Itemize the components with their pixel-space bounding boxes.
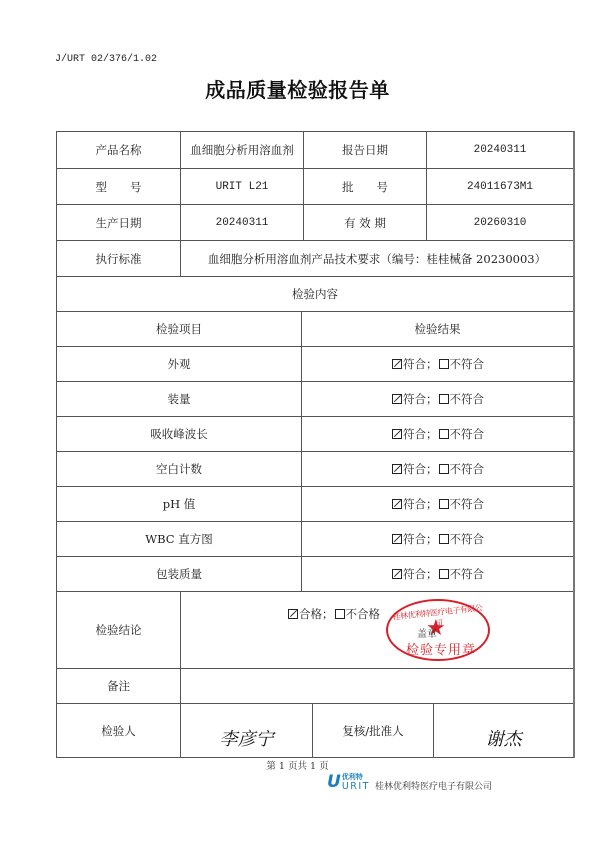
fail-label: 不符合 — [450, 566, 485, 582]
fail-label: 不符合 — [450, 426, 485, 442]
inspector-label: 检验人 — [57, 704, 180, 757]
product-name-value: 血细胞分析用溶血剂 — [180, 132, 303, 168]
pass-checkbox[interactable] — [392, 569, 402, 579]
item-name: 装量 — [57, 382, 301, 416]
fail-checkbox[interactable] — [439, 569, 449, 579]
qualified-label: 合格； — [299, 607, 334, 621]
report-date-value: 20240311 — [426, 132, 573, 168]
company-logo: U 优利特 URIT 桂林优利特医疗电子有限公司 — [327, 771, 492, 792]
pass-label: 符合； — [403, 566, 438, 582]
expiry-value: 20260310 — [426, 205, 573, 240]
item-result: 符合；不符合 — [301, 347, 573, 381]
item-name: 吸收峰波长 — [57, 417, 301, 451]
table-row: 吸收峰波长 符合；不符合 — [57, 416, 573, 451]
item-name: 包装质量 — [57, 557, 301, 591]
conclusion-value: 合格；不合格 桂林优利特医疗电子有限公司 ★ 盖章 检验专用章 — [180, 592, 573, 668]
inspection-section-title: 检验内容 — [57, 277, 573, 311]
row-remarks: 备注 — [57, 668, 573, 703]
expiry-label: 有 效 期 — [303, 205, 426, 240]
company-name: 桂林优利特医疗电子有限公司 — [375, 779, 492, 792]
model-value: URIT L21 — [180, 169, 303, 204]
pass-label: 符合； — [403, 496, 438, 512]
model-label: 型 号 — [57, 169, 180, 204]
fail-label: 不符合 — [450, 496, 485, 512]
row-production-date: 生产日期 20240311 有 效 期 20260310 — [57, 204, 573, 240]
pass-label: 符合； — [403, 426, 438, 442]
unqualified-checkbox[interactable] — [335, 609, 345, 619]
page-number: 第 1 页共 1 页 — [0, 758, 595, 772]
item-result: 符合；不符合 — [301, 487, 573, 521]
production-date-label: 生产日期 — [57, 205, 180, 240]
item-name: 外观 — [57, 347, 301, 381]
fail-checkbox[interactable] — [439, 359, 449, 369]
unqualified-label: 不合格 — [346, 607, 381, 621]
qualified-checkbox[interactable] — [288, 609, 298, 619]
conclusion-label: 检验结论 — [57, 592, 180, 668]
pass-label: 符合； — [403, 531, 438, 547]
pass-checkbox[interactable] — [392, 359, 402, 369]
item-result: 符合；不符合 — [301, 557, 573, 591]
item-name: WBC 直方图 — [57, 522, 301, 556]
reviewer-signature: 谢杰 — [433, 704, 573, 757]
inspection-stamp: 桂林优利特医疗电子有限公司 ★ 盖章 检验专用章 — [386, 599, 490, 661]
row-section-title: 检验内容 — [57, 276, 573, 311]
report-date-label: 报告日期 — [303, 132, 426, 168]
logo-english: URIT — [342, 782, 370, 791]
fail-label: 不符合 — [450, 356, 485, 372]
report-table: 产品名称 血细胞分析用溶血剂 报告日期 20240311 型 号 URIT L2… — [56, 131, 575, 758]
column-header-item: 检验项目 — [57, 312, 301, 346]
row-model: 型 号 URIT L21 批 号 24011673M1 — [57, 168, 573, 204]
batch-label: 批 号 — [303, 169, 426, 204]
table-row: 装量 符合；不符合 — [57, 381, 573, 416]
item-result: 符合；不符合 — [301, 522, 573, 556]
pass-label: 符合； — [403, 391, 438, 407]
table-row: 包装质量 符合；不符合 — [57, 556, 573, 591]
product-name-label: 产品名称 — [57, 132, 180, 168]
logo-text: 优利特 URIT — [342, 773, 370, 791]
fail-checkbox[interactable] — [439, 394, 449, 404]
pass-label: 符合； — [403, 461, 438, 477]
pass-checkbox[interactable] — [392, 394, 402, 404]
fail-label: 不符合 — [450, 461, 485, 477]
pass-checkbox[interactable] — [392, 464, 402, 474]
fail-checkbox[interactable] — [439, 464, 449, 474]
row-product-name: 产品名称 血细胞分析用溶血剂 报告日期 20240311 — [57, 132, 573, 168]
column-header-result: 检验结果 — [301, 312, 573, 346]
item-result: 符合；不符合 — [301, 417, 573, 451]
pass-checkbox[interactable] — [392, 534, 402, 544]
row-standard: 执行标准 血细胞分析用溶血剂产品技术要求（编号：桂桂械备 20230003） — [57, 240, 573, 276]
conclusion-options: 合格；不合格 — [287, 606, 380, 622]
fail-checkbox[interactable] — [439, 429, 449, 439]
production-date-value: 20240311 — [180, 205, 303, 240]
table-row: pH 值 符合；不符合 — [57, 486, 573, 521]
item-name: pH 值 — [57, 487, 301, 521]
item-result: 符合；不符合 — [301, 452, 573, 486]
pass-checkbox[interactable] — [392, 429, 402, 439]
item-name: 空白计数 — [57, 452, 301, 486]
page-title: 成品质量检验报告单 — [0, 74, 595, 103]
fail-checkbox[interactable] — [439, 499, 449, 509]
remarks-label: 备注 — [57, 669, 180, 703]
fail-checkbox[interactable] — [439, 534, 449, 544]
fail-label: 不符合 — [450, 391, 485, 407]
item-result: 符合；不符合 — [301, 382, 573, 416]
table-row: WBC 直方图 符合；不符合 — [57, 521, 573, 556]
row-column-headers: 检验项目 检验结果 — [57, 311, 573, 346]
document-number: J/URT 02/376/1.02 — [55, 54, 157, 65]
standard-label: 执行标准 — [57, 241, 180, 276]
fail-label: 不符合 — [450, 531, 485, 547]
pass-label: 符合； — [403, 356, 438, 372]
pass-checkbox[interactable] — [392, 499, 402, 509]
batch-value: 24011673M1 — [426, 169, 573, 204]
inspector-signature: 李彦宁 — [180, 704, 312, 757]
urit-logo-icon: U — [327, 772, 341, 792]
stamp-overlay-text: 盖章 — [417, 625, 437, 640]
standard-value: 血细胞分析用溶血剂产品技术要求（编号：桂桂械备 20230003） — [180, 241, 573, 276]
reviewer-label: 复核/批准人 — [312, 704, 433, 757]
stamp-center-text: 检验专用章 — [406, 639, 476, 658]
table-row: 空白计数 符合；不符合 — [57, 451, 573, 486]
table-row: 外观 符合；不符合 — [57, 346, 573, 381]
row-signatures: 检验人 李彦宁 复核/批准人 谢杰 — [57, 703, 573, 757]
remarks-value — [180, 669, 573, 703]
row-conclusion: 检验结论 合格；不合格 桂林优利特医疗电子有限公司 ★ 盖章 检验专用章 — [57, 591, 573, 668]
